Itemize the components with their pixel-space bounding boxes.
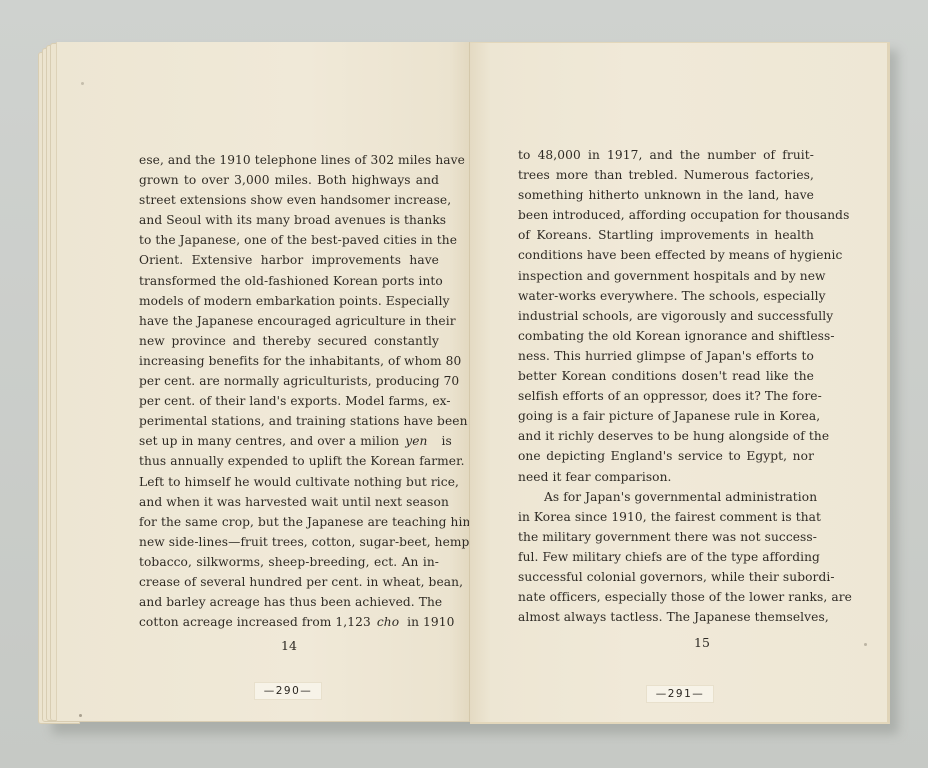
text-line: new side-lines—fruit trees, cotton, suga…	[139, 532, 439, 552]
paper-speck	[81, 82, 84, 85]
text-line: transformed the old-fashioned Korean por…	[139, 271, 439, 291]
text-fragment: set up in many centres, and over a milio…	[139, 431, 405, 451]
paper-speck	[864, 643, 867, 646]
text-line: crease of several hundred per cent. in w…	[139, 572, 439, 592]
text-line: conditions have been effected by means o…	[518, 245, 814, 265]
text-line: models of modern embarkation points. Esp…	[139, 291, 439, 311]
text-line: nate officers, especially those of the l…	[518, 587, 814, 607]
text-line: Orient. Extensive harbor improvements ha…	[139, 250, 439, 270]
page-number: 14	[269, 638, 309, 653]
text-line: inspection and government hospitals and …	[518, 266, 814, 286]
paragraph-start-line: As for Japan's governmental administrati…	[518, 487, 814, 507]
text-line: selfish efforts of an oppressor, does it…	[518, 386, 814, 406]
italic-word-yen: yen	[405, 431, 441, 451]
text-line: one depicting England's service to Egypt…	[518, 446, 814, 466]
right-page-body: to 48,000 in 1917, and the number of fru…	[518, 145, 814, 627]
text-line: to the Japanese, one of the best-paved c…	[139, 230, 439, 250]
text-line: been introduced, affording occupation fo…	[518, 205, 814, 225]
text-line-mixed: set up in many centres, and over a milio…	[139, 431, 439, 451]
text-line: ful. Few military chiefs are of the type…	[518, 547, 814, 567]
text-line: increasing benefits for the inhabitants,…	[139, 351, 439, 371]
text-line: and Seoul with its many broad avenues is…	[139, 210, 439, 230]
text-line: grown to over 3,000 miles. Both highways…	[139, 170, 439, 190]
page-number: 15	[682, 635, 722, 650]
text-line: successful colonial governors, while the…	[518, 567, 814, 587]
text-fragment: cotton acreage increased from 1,123	[139, 612, 377, 632]
right-page: to 48,000 in 1917, and the number of fru…	[470, 42, 890, 724]
text-line: per cent. are normally agriculturists, p…	[139, 371, 439, 391]
text-line: and when it was harvested wait until nex…	[139, 492, 439, 512]
text-line: better Korean conditions dosen't read li…	[518, 366, 814, 386]
text-line: tobacco, silkworms, sheep-breeding, ect.…	[139, 552, 439, 572]
italic-word-cho: cho	[377, 612, 407, 632]
text-line: need it fear comparison.	[518, 467, 814, 487]
open-book: ese, and the 1910 telephone lines of 302…	[38, 40, 894, 728]
text-line: for the same crop, but the Japanese are …	[139, 512, 439, 532]
archive-page-label: —290—	[254, 682, 322, 700]
text-line: have the Japanese encouraged agriculture…	[139, 311, 439, 331]
text-line: thus annually expended to uplift the Kor…	[139, 451, 439, 471]
text-line: going is a fair picture of Japanese rule…	[518, 406, 814, 426]
text-line: something hitherto unknown in the land, …	[518, 185, 814, 205]
text-line: ness. This hurried glimpse of Japan's ef…	[518, 346, 814, 366]
text-line: new province and thereby secured constan…	[139, 331, 439, 351]
text-line: Left to himself he would cultivate nothi…	[139, 472, 439, 492]
text-line: the military government there was not su…	[518, 527, 814, 547]
text-line: to 48,000 in 1917, and the number of fru…	[518, 145, 814, 165]
text-line: water-works everywhere. The schools, esp…	[518, 286, 814, 306]
text-line: ese, and the 1910 telephone lines of 302…	[139, 150, 439, 170]
text-line: almost always tactless. The Japanese the…	[518, 607, 814, 627]
text-line: in Korea since 1910, the fairest comment…	[518, 507, 814, 527]
archive-page-label: —291—	[646, 685, 714, 703]
text-line: perimental stations, and training statio…	[139, 411, 439, 431]
text-fragment: in 1910	[407, 612, 454, 632]
text-line: combating the old Korean ignorance and s…	[518, 326, 814, 346]
text-line: street extensions show even handsomer in…	[139, 190, 439, 210]
text-fragment: is	[442, 431, 452, 451]
text-line: per cent. of their land's exports. Model…	[139, 391, 439, 411]
paper-speck	[79, 714, 82, 717]
text-line-mixed: cotton acreage increased from 1,123 cho …	[139, 612, 439, 632]
text-line: and barley acreage has thus been achieve…	[139, 592, 439, 612]
text-line: of Koreans. Startling improvements in he…	[518, 225, 814, 245]
left-page: ese, and the 1910 telephone lines of 302…	[56, 42, 470, 722]
text-line: and it richly deserves to be hung alongs…	[518, 426, 814, 446]
left-page-body: ese, and the 1910 telephone lines of 302…	[139, 150, 439, 632]
text-line: industrial schools, are vigorously and s…	[518, 306, 814, 326]
text-line: trees more than trebled. Numerous factor…	[518, 165, 814, 185]
